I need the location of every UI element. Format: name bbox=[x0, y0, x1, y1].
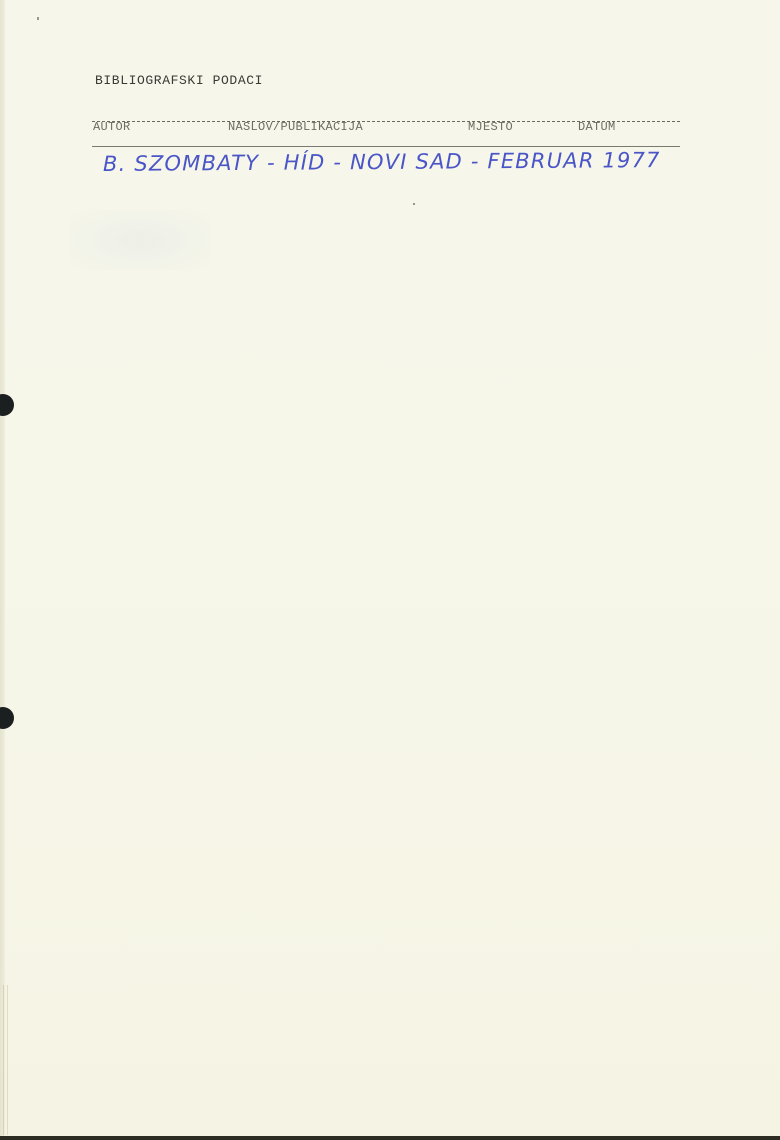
fold-mark bbox=[3, 985, 8, 1135]
column-header-datum: DATUM bbox=[578, 120, 616, 134]
column-header-autor: AUTOR bbox=[93, 120, 131, 134]
bleed-through-mark bbox=[70, 210, 210, 270]
punch-hole-top bbox=[0, 394, 14, 416]
paper-speck bbox=[413, 203, 415, 205]
column-header-mjesto: MJESTO bbox=[468, 120, 513, 134]
punch-hole-bottom bbox=[0, 707, 14, 729]
handwritten-entry: B. SZOMBATY - HÍD - NOVI SAD - FEBRUAR 1… bbox=[103, 148, 661, 176]
page-bottom-edge bbox=[0, 1136, 780, 1140]
scanned-page: BIBLIOGRAFSKI PODACI AUTOR NASLOV/PUBLIK… bbox=[0, 0, 780, 1140]
page-left-edge bbox=[0, 0, 5, 1140]
paper-speck bbox=[37, 17, 39, 20]
header-rule-bottom bbox=[92, 146, 680, 147]
document-title: BIBLIOGRAFSKI PODACI bbox=[95, 73, 263, 88]
column-header-naslov: NASLOV/PUBLIKACIJA bbox=[228, 120, 363, 134]
